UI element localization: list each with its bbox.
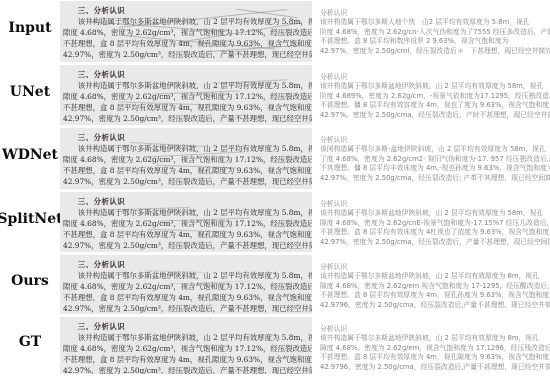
ocr-line: 该井构造属于鄂尔多斯盆地伊陕斜坡，山 2 层平均有效厚度为 58m，视孔: [320, 209, 548, 218]
comparison-row-wdnet: WDNet 三、分析认识 该井构造属于鄂尔多斯盆地伊陕斜坡，山 2 层平均有效厚…: [0, 127, 550, 191]
scanned-document-unet: 三、分析认识 该井构造属于鄂尔多斯盆地伊陕斜坡，山 2 层平均有效厚度为 5.8…: [60, 65, 312, 125]
ocr-line: 不甚理想。僵 8 层平均有效容度为 4m，视也了度为 9.63%，视含气饱和度为: [320, 101, 548, 110]
scan-heading: 三、分析认识: [63, 196, 309, 207]
scan-line: 不甚理想，盒 8 层平均有效厚度为 4m，视孔隙度为 9.63%，视含气饱和度为: [63, 292, 309, 303]
comparison-row-unet: UNet 三、分析认识 该井构造属于鄂尔多斯盆地伊陕斜坡，山 2 层平均有效厚度…: [0, 64, 550, 127]
scan-line: 不甚理想，盒 8 层平均有效厚度为 4m，视孔隙度为 9.63%，视含气饱和度为: [63, 102, 309, 113]
comparison-row-input: Input 三、分析认识 该井构造属于鄂尔多斯盆地伊陕斜坡，山 2 层平均有效厚…: [0, 0, 550, 64]
ocr-line: 阶度 4.68%，密度为 2.62g/cn-入次气伪和度为了7555 经压多改造…: [320, 28, 548, 37]
ocr-line: 42.97%，密度为 2.50g/cma，经压裂改造后，产量不甚理想，现已经空间…: [320, 238, 548, 247]
scan-line: 隙度 4.68%，密度为 2.62g/cm³，视含气饱和度为 17.12%，经压…: [63, 281, 309, 292]
ocr-line: 分析认识: [320, 200, 548, 209]
ocr-line: 不甚理想。盒 8 层平均和数序设罗 2 9.63%，视含气饱和度为: [320, 37, 548, 46]
scanned-document-gt: 三、分析认识 该井构造属于鄂尔多斯盆地伊陕斜坡，山 2 层平均有效厚度为 5.8…: [60, 317, 312, 374]
ocr-line: 分析认识: [320, 263, 548, 272]
scanned-document-input: 三、分析认识 该井构造属于鄂尔多斯盆地伊陕斜坡，山 2 层平均有效厚度为 5.8…: [60, 1, 312, 62]
scanned-document-splitnet: 三、分析认识 该井构造属于鄂尔多斯盆地伊陕斜坡，山 2 层平均有效厚度为 5.8…: [60, 192, 312, 252]
scan-line: 不甚理想，盒 8 层平均有效厚度为 4m，视孔隙度为 9.63%，视含气饱和度为: [63, 354, 309, 365]
method-label-ours: Ours: [0, 254, 60, 312]
scan-heading: 三、分析认识: [63, 132, 309, 143]
ocr-line: 隙度 4.68%，密度为 2.62g/cnE-视景气饱和度为-17.15%7 经…: [320, 219, 548, 228]
scan-line: 隙度 4.68%，密度为 2.62g/cm³，视含气饱和度为 17.12%，经压…: [63, 218, 309, 229]
scan-line: 不甚理想，盒 8 层平均有效厚度为 4m，视孔隙度为 9.63%，视含气饱和度为: [63, 229, 309, 240]
scan-line: 隙度 4.68%，密度为 2.62g/cm³，视含气饱和度为 17.12%，经压…: [63, 91, 309, 102]
comparison-row-ours: Ours 三、分析认识 该井构造属于鄂尔多斯盆地伊陕斜坡，山 2 层平均有效厚度…: [0, 254, 550, 316]
ocr-line: 该井构造属于鄂尔多斯盆地伊陕斜坡，山 2 层平均有效厚度为 8m，视孔: [320, 272, 548, 281]
method-label-gt: GT: [0, 316, 60, 372]
scan-line: 该井构造属于鄂尔多斯盆地伊陕斜坡，山 2 层平均有效厚度为 5.8m，视孔: [63, 16, 309, 27]
method-label-splitnet: SplitNet: [0, 191, 60, 250]
ocr-line: 不甚理想。盒 8 层平均有效厚度为 4m，视孔孙度为 9.63%，视含气饱和度为: [320, 291, 548, 300]
ocr-line: 了度 4.68%，密度为 2.62g/cm2- 视旧气伪和度为-17. 957 …: [320, 155, 548, 164]
scan-heading: 三、分析认识: [63, 5, 309, 16]
ocr-result-input: 分析认识 该井构造属于鄂尔多斯人地个快 山2 层平均有效厚度为 5.8m，视孔 …: [318, 0, 550, 64]
scan-line: 隙度 4.68%，密度为 2.62g/cm³，视含气饱和度为 17.12%，经压…: [63, 154, 309, 165]
scan-line: 42.97%，密度为 2.50g/cm³，经压裂改造后，产量不甚理想，现已经空井…: [63, 49, 309, 60]
scan-line: 隙度 4.68%，密度为 2.62g/cm³，视含气饱和度为 17.12%，经压…: [63, 343, 309, 354]
scan-line: 该井构造属于鄂尔多斯盆地伊陕斜坡，山 2 层平均有效厚度为 5.8m，视孔: [63, 143, 309, 154]
ocr-result-splitnet: 分析认识 该井构造属于鄂尔多斯盆地伊陕斜坡，山 2 层平均有效厚度为 58m，视…: [318, 191, 550, 254]
scan-line: 该井构造属于鄂尔多斯盆地伊陕斜坡，山 2 层平均有效厚度为 5.8m，视孔: [63, 80, 309, 91]
scan-line: 不甚理想，盒 8 层平均有效厚度为 4m，视孔隙度为 9.63%，视含气饱和度为: [63, 38, 309, 49]
scan-line: 42.97%，密度为 2.50g/cm³，经压裂改造后，产量不甚理想，现已经空井…: [63, 365, 309, 374]
ocr-line: 分析认识: [320, 325, 548, 334]
ocr-result-ours: 分析认识 该井构造属于鄂尔多斯盆地伊陕斜坡，山 2 层平均有效厚度为 8m，视孔…: [318, 254, 550, 316]
ocr-line: 隙度 4.68%，密度为 2.62g/em，视含气饱和度为 17.1296，经压…: [320, 344, 548, 353]
ocr-line: 分析认识: [320, 9, 548, 18]
scanned-document-ours: 三、分析认识 该井构造属于鄂尔多斯盆地伊陕斜坡，山 2 层平均有效厚度为 5.8…: [60, 255, 312, 314]
ocr-line: 不其理想。僵 8 层平均丰效床度为 4m,-视也孙度为 9.63%，视含气饱和度…: [320, 164, 548, 173]
ocr-line: 不甚理想。盒 8 层平均有效床度为 4杜视也了依度为 9.63%，视含气饱和度为: [320, 228, 548, 237]
scan-line: 该井构造属于鄂尔多斯盆地伊陕斜坡，山 2 层平均有效厚度为 5.8m，视孔: [63, 207, 309, 218]
scanned-document-wdnet: 三、分析认识 该井构造属于鄂尔多斯盆地伊陕斜坡，山 2 层平均有效厚度为 5.8…: [60, 128, 312, 189]
scan-line: 42.97%，密度为 2.50g/cm³，经压裂改造后，产量不甚理想，现已经空井…: [63, 113, 309, 124]
ocr-line: 分析认识: [320, 73, 548, 82]
ocr-line: 42.9796，密度为 2.50g/cma，经压裂改造后,产量不甚理想，现已经空…: [320, 363, 548, 372]
comparison-row-splitnet: SplitNet 三、分析认识 该井构造属于鄂尔多斯盆地伊陕斜坡，山 2 层平均…: [0, 191, 550, 254]
ocr-line: 阶度 4.689%，密度为 2.62g/cm，-视景气依和度为17.1295，经…: [320, 92, 548, 101]
scan-heading: 三、分析认识: [63, 321, 309, 332]
comparison-figure: Input 三、分析认识 该井构造属于鄂尔多斯盆地伊陕斜坡，山 2 层平均有效厚…: [0, 0, 550, 376]
scan-line: 42.97%，密度为 2.50g/cm³，经压裂改造后，产量不甚理想，现已经空井…: [63, 303, 309, 314]
ocr-line: 不甚理想。盒 8 层平均有效厚度为 4m，视孔隙度为 9.63%，视含气饱和度为: [320, 353, 548, 362]
ocr-line: 42.97%。密度为 2.50g/cma，经压裂改造后; 产革不其理想，现已经空…: [320, 174, 548, 183]
scan-line: 不甚理想，盒 8 层平均有效厚度为 4m，视孔隙度为 9.63%，视含气饱和度为: [63, 165, 309, 176]
method-label-wdnet: WDNet: [0, 127, 60, 187]
ocr-result-gt: 分析认识 该井构造属于鄂尔多斯盆地伊陕斜坡，山 2 层平均有效厚度为 8m，视孔…: [318, 316, 550, 376]
ocr-result-wdnet: 分析认识 该闲构造属于鄂尔多斯-盆地伊陕斜坡，山 2 层平均有效厚度为 58m，…: [318, 127, 550, 191]
scan-heading: 三、分析认识: [63, 259, 309, 270]
method-label-unet: UNet: [0, 64, 60, 123]
scan-line: 隙度 4.68%，密度为 2.62g/cm³，视含气饱和度为 17.12%，经压…: [63, 27, 309, 38]
ocr-line: 隙度 4.68%，密度为 2.62g/em 视含气饱和度为 17-1295，经压…: [320, 282, 548, 291]
scan-line: 该井构造属于鄂尔多斯盆地伊陕斜坡，山 2 层平均有效厚度为 5.8m，视孔: [63, 270, 309, 281]
scan-line: 该井构造属于鄂尔多斯盆地伊陕斜坡，山 2 层平均有效厚度为 5.8m，视孔: [63, 332, 309, 343]
ocr-line: 该井构造属于鄂尔多斯盆地伊陕斜坡，山 2 层平均有效厚度为 58m，视孔: [320, 82, 548, 91]
scan-heading: 三、分析认识: [63, 69, 309, 80]
ocr-result-unet: 分析认识 该井构造属于鄂尔多斯盆地伊陕斜坡，山 2 层平均有效厚度为 58m，视…: [318, 64, 550, 127]
ocr-line: 42.97%。密度为 2.50g/cma，经压裂改造后，产时不甚理想，现已经空井…: [320, 111, 548, 120]
ocr-line: 分析认识: [320, 136, 548, 145]
scan-line: 42.97%，密度为 2.50g/cm³，经压裂改造后，产量不甚理想，现已经空井…: [63, 176, 309, 187]
ocr-line: 42.9796，密度为 2.50g/cma，经压裂改造后,产量不甚理想。现已经空…: [320, 301, 548, 310]
ocr-line: 该井构造属于鄂尔多斯盆地伊陕斜坡，山 2 层平均有效厚度为 8m，视孔: [320, 334, 548, 343]
ocr-line: 42.97%，密度为 2.50g/cml，经压裂改造后＊ 下甚理想，现已经空井筒…: [320, 47, 548, 56]
method-label-input: Input: [0, 0, 60, 60]
ocr-line: 该闲构造属于鄂尔多斯-盆地伊陕斜坡，山 2 层平均有效厚度为 58m，视孔: [320, 145, 548, 154]
comparison-row-gt: GT 三、分析认识 该井构造属于鄂尔多斯盆地伊陕斜坡，山 2 层平均有效厚度为 …: [0, 316, 550, 376]
scan-line: 42.97%，密度为 2.50g/cm³，经压裂改造后，产量不甚理想，现已经空井…: [63, 240, 309, 251]
ocr-line: 该井构造属于鄂尔多斯人地个快 山2 层平均有效厚度为 5.8m，视孔: [320, 18, 548, 27]
